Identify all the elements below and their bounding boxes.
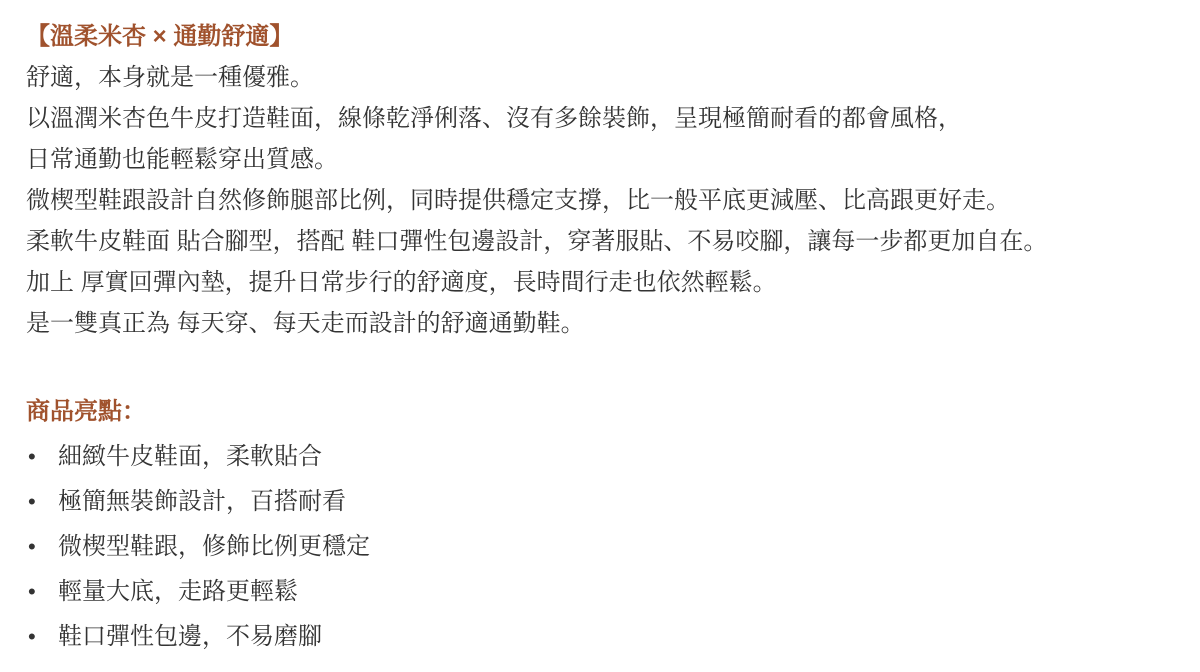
highlight-item: • 細緻牛皮鞋面，柔軟貼合 bbox=[26, 434, 1170, 479]
description-line: 是一雙真正為 每天穿、每天走而設計的舒適通勤鞋。 bbox=[26, 303, 1170, 344]
highlight-text: 微楔型鞋跟，修飾比例更穩定 bbox=[58, 533, 370, 560]
highlight-text: 輕量大底，走路更輕鬆 bbox=[58, 578, 298, 605]
description-line: 以溫潤米杏色牛皮打造鞋面，線條乾淨俐落、沒有多餘裝飾，呈現極簡耐看的都會風格， bbox=[26, 98, 1170, 139]
highlight-item: • 微楔型鞋跟，修飾比例更穩定 bbox=[26, 524, 1170, 569]
description-line: 柔軟牛皮鞋面 貼合腳型，搭配 鞋口彈性包邊設計，穿著服貼、不易咬腳，讓每一步都更… bbox=[26, 221, 1170, 262]
highlights-title: 商品亮點： bbox=[26, 391, 1170, 432]
bullet-dot-icon: • bbox=[28, 524, 36, 569]
bullet-dot-icon: • bbox=[28, 479, 36, 524]
description-line: 日常通勤也能輕鬆穿出質感。 bbox=[26, 139, 1170, 180]
highlight-text: 鞋口彈性包邊，不易磨腳 bbox=[58, 623, 322, 650]
description-title: 【溫柔米杏 × 通勤舒適】 bbox=[26, 16, 1170, 57]
highlights-list: • 細緻牛皮鞋面，柔軟貼合 • 極簡無裝飾設計，百搭耐看 • 微楔型鞋跟，修飾比… bbox=[26, 434, 1170, 659]
description-line: 舒適，本身就是一種優雅。 bbox=[26, 57, 1170, 98]
bullet-dot-icon: • bbox=[28, 434, 36, 479]
highlight-item: • 鞋口彈性包邊，不易磨腳 bbox=[26, 614, 1170, 659]
description-line: 加上 厚實回彈內墊，提升日常步行的舒適度，長時間行走也依然輕鬆。 bbox=[26, 262, 1170, 303]
highlight-item: • 極簡無裝飾設計，百搭耐看 bbox=[26, 479, 1170, 524]
highlight-text: 細緻牛皮鞋面，柔軟貼合 bbox=[58, 443, 322, 470]
description-line: 微楔型鞋跟設計自然修飾腿部比例，同時提供穩定支撐，比一般平底更減壓、比高跟更好走… bbox=[26, 180, 1170, 221]
highlight-item: • 輕量大底，走路更輕鬆 bbox=[26, 569, 1170, 614]
bullet-dot-icon: • bbox=[28, 569, 36, 614]
product-description-section: 【溫柔米杏 × 通勤舒適】 舒適，本身就是一種優雅。 以溫潤米杏色牛皮打造鞋面，… bbox=[0, 0, 1200, 659]
bullet-dot-icon: • bbox=[28, 614, 36, 659]
highlight-text: 極簡無裝飾設計，百搭耐看 bbox=[58, 488, 346, 515]
